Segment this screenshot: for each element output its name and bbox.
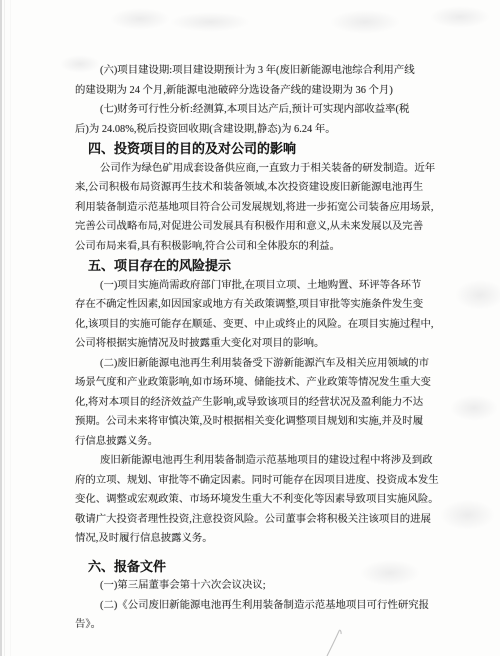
- text-line: 情况,及时履行信息披露义务。: [75, 529, 441, 549]
- scan-smudge: [450, 395, 498, 421]
- text-line: 公司作为绿色矿用成套设备供应商,一直致力于相关装备的研发制造。近年: [75, 159, 441, 179]
- text-line: (一)项目实施尚需政府部门审批,在项目立项、土地购置、环评等各环节: [75, 276, 441, 296]
- section-6-heading: 六、报备文件: [75, 557, 441, 577]
- filing-doc-1: (一)第三届董事会第十六次会议决议;: [75, 576, 441, 596]
- section-5-heading: 五、项目存在的风险提示: [75, 256, 441, 276]
- text-line: 场景气度和产业政策影响,如市场环境、储能技术、产业政策等情况发生重大变: [75, 373, 441, 393]
- text-line: (一)第三届董事会第十六次会议决议;: [75, 576, 441, 596]
- text-line: 公司将根据实施情况及时披露重大变化对项目的影响。: [75, 334, 441, 354]
- text-line: (二)《公司废旧新能源电池再生利用装备制造示范基地项目可行性研究报: [75, 596, 441, 616]
- document-page: (六)项目建设期:项目建设期预计为 3 年(废旧新能源电池综合利用产线的建设期为…: [0, 0, 500, 656]
- text-line: 化,该项目的实施可能存在顺延、变更、中止或终止的风险。在项目实施过程中,: [75, 315, 441, 335]
- text-line: 存在不确定性因素,如因国家或地方有关政策调整,项目审批等实施条件发生变: [75, 295, 441, 315]
- scan-smudge: [430, 6, 490, 28]
- scan-edge-line: [4, 0, 5, 656]
- text-line: 五、项目存在的风险提示: [75, 256, 441, 276]
- text-line: 告》。: [75, 615, 441, 635]
- text-line: 的建设期为 24 个月,新能源电池破碎分选设备产线的建设期为 36 个月): [75, 81, 441, 101]
- text-line: 府的立项、规划、审批等不确定因素。同时可能存在因项目进度、投资成本发生: [75, 471, 441, 491]
- text-line: 废旧新能源电池再生利用装备制造示范基地项目的建设过程中将涉及到政: [75, 451, 441, 471]
- text-line: (七)财务可行性分析:经测算,本项目达产后,预计可实现内部收益率(税: [75, 100, 441, 120]
- filing-doc-2: (二)《公司废旧新能源电池再生利用装备制造示范基地项目可行性研究报告》。: [75, 596, 441, 635]
- scan-smudge: [330, 10, 400, 34]
- text-line: 来,公司积极布局资源再生技术和装备领域,本次投资建设废旧新能源电池再生: [75, 178, 441, 198]
- scan-smudge: [455, 280, 500, 310]
- text-line: 化,将对本项目的经济效益产生影响,或导致该项目的经营状况及盈利能力不达: [75, 393, 441, 413]
- text-line: 敬请广大投资者理性投资,注意投资风险。公司董事会将积极关注该项目的进展: [75, 510, 441, 530]
- text-line: (六)项目建设期:项目建设期预计为 3 年(废旧新能源电池综合利用产线: [75, 61, 441, 81]
- text-line: 行信息披露义务。: [75, 432, 441, 452]
- scan-smudge: [110, 8, 170, 30]
- risk-2-paragraph: (二)废旧新能源电池再生利用装备受下游新能源汽车及相关应用领域的市场景气度和产业…: [75, 354, 441, 452]
- item-7-financial-feasibility: (七)财务可行性分析:经测算,本项目达产后,预计可实现内部收益率(税后)为 24…: [75, 100, 441, 139]
- text-line: 完善公司战略布局,对促进公司发展具有积极作用和意义,从未来发展以及完善: [75, 217, 441, 237]
- text-line: (二)废旧新能源电池再生利用装备受下游新能源汽车及相关应用领域的市: [75, 354, 441, 374]
- text-line: 后)为 24.08%,税后投资回收期(含建设期,静态)为 6.24 年。: [75, 120, 441, 140]
- scan-smudge: [170, 12, 250, 32]
- scan-smudge: [440, 500, 495, 530]
- text-line: 公司布局来看,具有积极影响,符合公司和全体股东的利益。: [75, 237, 441, 257]
- text-line: 变化、调整或宏观政策、市场环境发生重大不利变化等因素导致项目实施风险。: [75, 490, 441, 510]
- scan-edge-strip: [0, 0, 2, 656]
- text-line: 利用装备制造示范基地项目符合公司发展规划,将进一步拓宽公司装备应用场景,: [75, 198, 441, 218]
- text-line: 六、报备文件: [75, 557, 441, 577]
- section-4-heading: 四、投资项目的目的及对公司的影响: [75, 139, 441, 159]
- text-line: 四、投资项目的目的及对公司的影响: [75, 139, 441, 159]
- risk-1-paragraph: (一)项目实施尚需政府部门审批,在项目立项、土地购置、环评等各环节存在不确定性因…: [75, 276, 441, 354]
- item-6-construction-period: (六)项目建设期:项目建设期预计为 3 年(废旧新能源电池综合利用产线的建设期为…: [75, 61, 441, 100]
- scan-edge-line-inner: [10, 0, 11, 656]
- risk-general-paragraph: 废旧新能源电池再生利用装备制造示范基地项目的建设过程中将涉及到政府的立项、规划、…: [75, 451, 441, 549]
- section-4-paragraph: 公司作为绿色矿用成套设备供应商,一直致力于相关装备的研发制造。近年来,公司积极布…: [75, 159, 441, 257]
- document-content: (六)项目建设期:项目建设期预计为 3 年(废旧新能源电池综合利用产线的建设期为…: [75, 61, 441, 635]
- text-line: 预期。公司未来将审慎决策,及时根据相关变化调整项目规划和实施,并及时履: [75, 412, 441, 432]
